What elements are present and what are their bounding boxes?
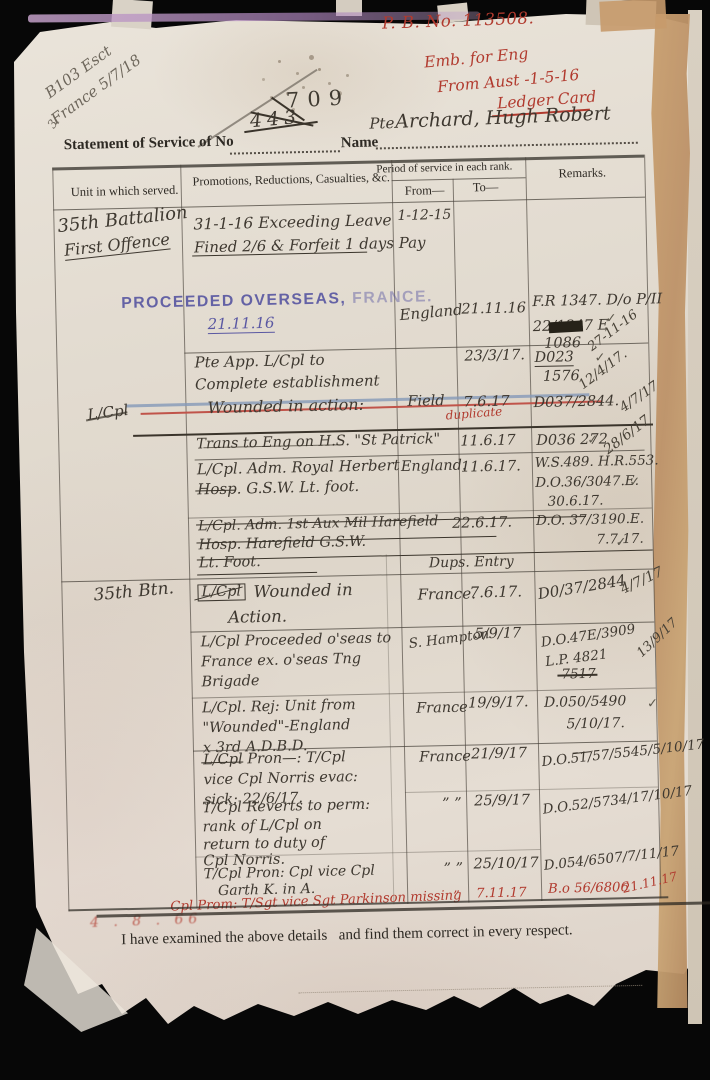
check-mark: ✓ (629, 475, 640, 490)
proceeded-overseas-stamp: PROCEEDED OVERSEAS, FRANCE. (121, 289, 433, 312)
row-entry: T/Cpl Reverts to perm: (202, 798, 370, 817)
col-header-from: From— (405, 184, 445, 198)
row-from-place: France (416, 701, 468, 717)
row-from-date: 1-12-15 (397, 208, 451, 224)
name-dotted-line (376, 142, 638, 150)
row-to-date: 21/9/17 (471, 746, 527, 762)
row-from-ditto: ” ” (442, 797, 462, 813)
check-mark: ✓ (606, 311, 617, 326)
stamp-date: 21.11.16 (208, 316, 275, 334)
name-rank: Pte (369, 116, 394, 132)
certification-statement: I have examined the above details and fi… (121, 922, 573, 948)
row-to-date: 7.6.17. (469, 584, 522, 601)
row-entry: Action. (228, 608, 287, 627)
row-entry: Trans to Eng on H.S. "St Patrick" (196, 432, 440, 453)
row-remark: W.S.489. H.R.553. (535, 453, 659, 470)
name-label: Name (341, 135, 379, 152)
row-entry: Wounded in action: (207, 397, 364, 417)
row-entry: Wounded in (253, 581, 352, 600)
row-entry: "Wounded"-England (202, 718, 350, 736)
row-entry: Pte App. L/Cpl to (194, 353, 324, 372)
red-row-remark: B.o 56/6806 (548, 881, 629, 897)
row-to-date: 25/10/17 (473, 856, 538, 873)
row-entry: L/Cpl. Adm. Royal Herbert (197, 458, 400, 478)
check-mark: ✓ (587, 433, 598, 448)
col-header-remarks: Remarks. (558, 166, 606, 180)
duplicate-note: duplicate (445, 405, 502, 422)
row-entry: T/Cpl Pron: Cpl vice Cpl (204, 864, 375, 882)
row-diagonal-date: 4/7/17 (617, 379, 661, 415)
row-entry: L/Cpl Proceeded o'seas to (200, 631, 391, 650)
table-top-rule (52, 155, 644, 170)
row-entry: France ex. o'seas Tng (201, 652, 361, 671)
row-remark: F.R 1347. D/o P/II (532, 292, 662, 310)
row-remark: 1576 (543, 369, 580, 385)
row-remark: D.O.36/3047.E. (535, 474, 639, 490)
name-value: Archard, Hugh Robert (395, 104, 611, 132)
col-header-to: To— (473, 181, 499, 195)
from-to-divider (453, 179, 470, 903)
ink-blot-correction (549, 320, 584, 333)
check-mark: ✓ (615, 535, 626, 550)
col-header-unit: Unit in which served. (71, 184, 179, 199)
row-entry: Hosp. Harefield G.S.W. (198, 535, 366, 554)
row-to-date: 19/9/17. (468, 695, 529, 712)
row-from-place: France (419, 750, 471, 766)
row-to-date: 11.6.17. (461, 459, 521, 476)
row-from-place: England. (401, 459, 467, 476)
row-entry: return to duty of (203, 836, 325, 854)
row-from-ditto: ” ” (443, 862, 463, 878)
row-entry: 31-1-16 Exceeding Leave (193, 212, 391, 233)
signature-dotted-line (298, 985, 642, 994)
red-row-diagonal-date: 21.11.17 (621, 869, 678, 895)
row-to-date: 23/3/17. (464, 348, 525, 365)
col-header-promotions: Promotions, Reductions, Casualties, &c. (192, 171, 390, 188)
dup-entry-note: Dups. Entry (429, 555, 514, 572)
col-header-period: Period of service in each rank. (376, 161, 512, 176)
row-from-place: France. (417, 586, 476, 603)
row-unit: 35th Btn. (93, 580, 175, 605)
table-left-edge (52, 167, 69, 911)
check-mark: ✓ (594, 351, 605, 366)
row-remark: D.O. 37/3190.E. (536, 512, 644, 529)
row-to-date: 25/9/17 (474, 793, 530, 809)
entry-strike (197, 572, 317, 576)
row-entry: L/Cpl. Rej: Unit from (202, 698, 356, 717)
stamp-text-1: PROCEEDED OVERSEAS, (121, 290, 346, 312)
period-box-divider (392, 177, 526, 181)
row-entry: Brigade (201, 674, 259, 690)
row-entry: vice Cpl Norris evac: (203, 770, 357, 789)
scanned-content: Statement of Service of No Name Pte Arch… (0, 0, 710, 1080)
statement-of-service-label: Statement of Service of No (64, 135, 234, 154)
row-remark: D.050/5490 (544, 694, 627, 710)
number-dotted-line (230, 150, 340, 154)
unit-column-line (180, 165, 197, 909)
row-from-place: Field (407, 394, 445, 410)
check-mark: ✓ (647, 696, 658, 711)
row-remark: D037/2844. (533, 394, 619, 411)
row-from-place: England (399, 302, 463, 323)
row-remark: D023 (534, 350, 574, 367)
row-to-date: 5/9/17 (474, 626, 521, 642)
row-remark: 5/10/17. (566, 716, 625, 732)
row-to-date: 21.11.16 (461, 301, 526, 318)
row-entry: Hosp. G.S.W. Lt. foot. (197, 479, 359, 498)
row-entry: L/Cpl Pron—: T/Cpl (203, 750, 346, 768)
row-to-date: 11.6.17 (460, 433, 516, 449)
row-remark: D0/37/2844 (537, 573, 627, 603)
row-entry: Complete establishment (195, 373, 380, 393)
row-remark: 30.6.17. (547, 494, 603, 509)
row-unit: First Offence (63, 231, 171, 260)
row-entry: rank of L/Cpl on (203, 818, 323, 836)
row-remark: D.O.47E/3909 (540, 622, 636, 650)
